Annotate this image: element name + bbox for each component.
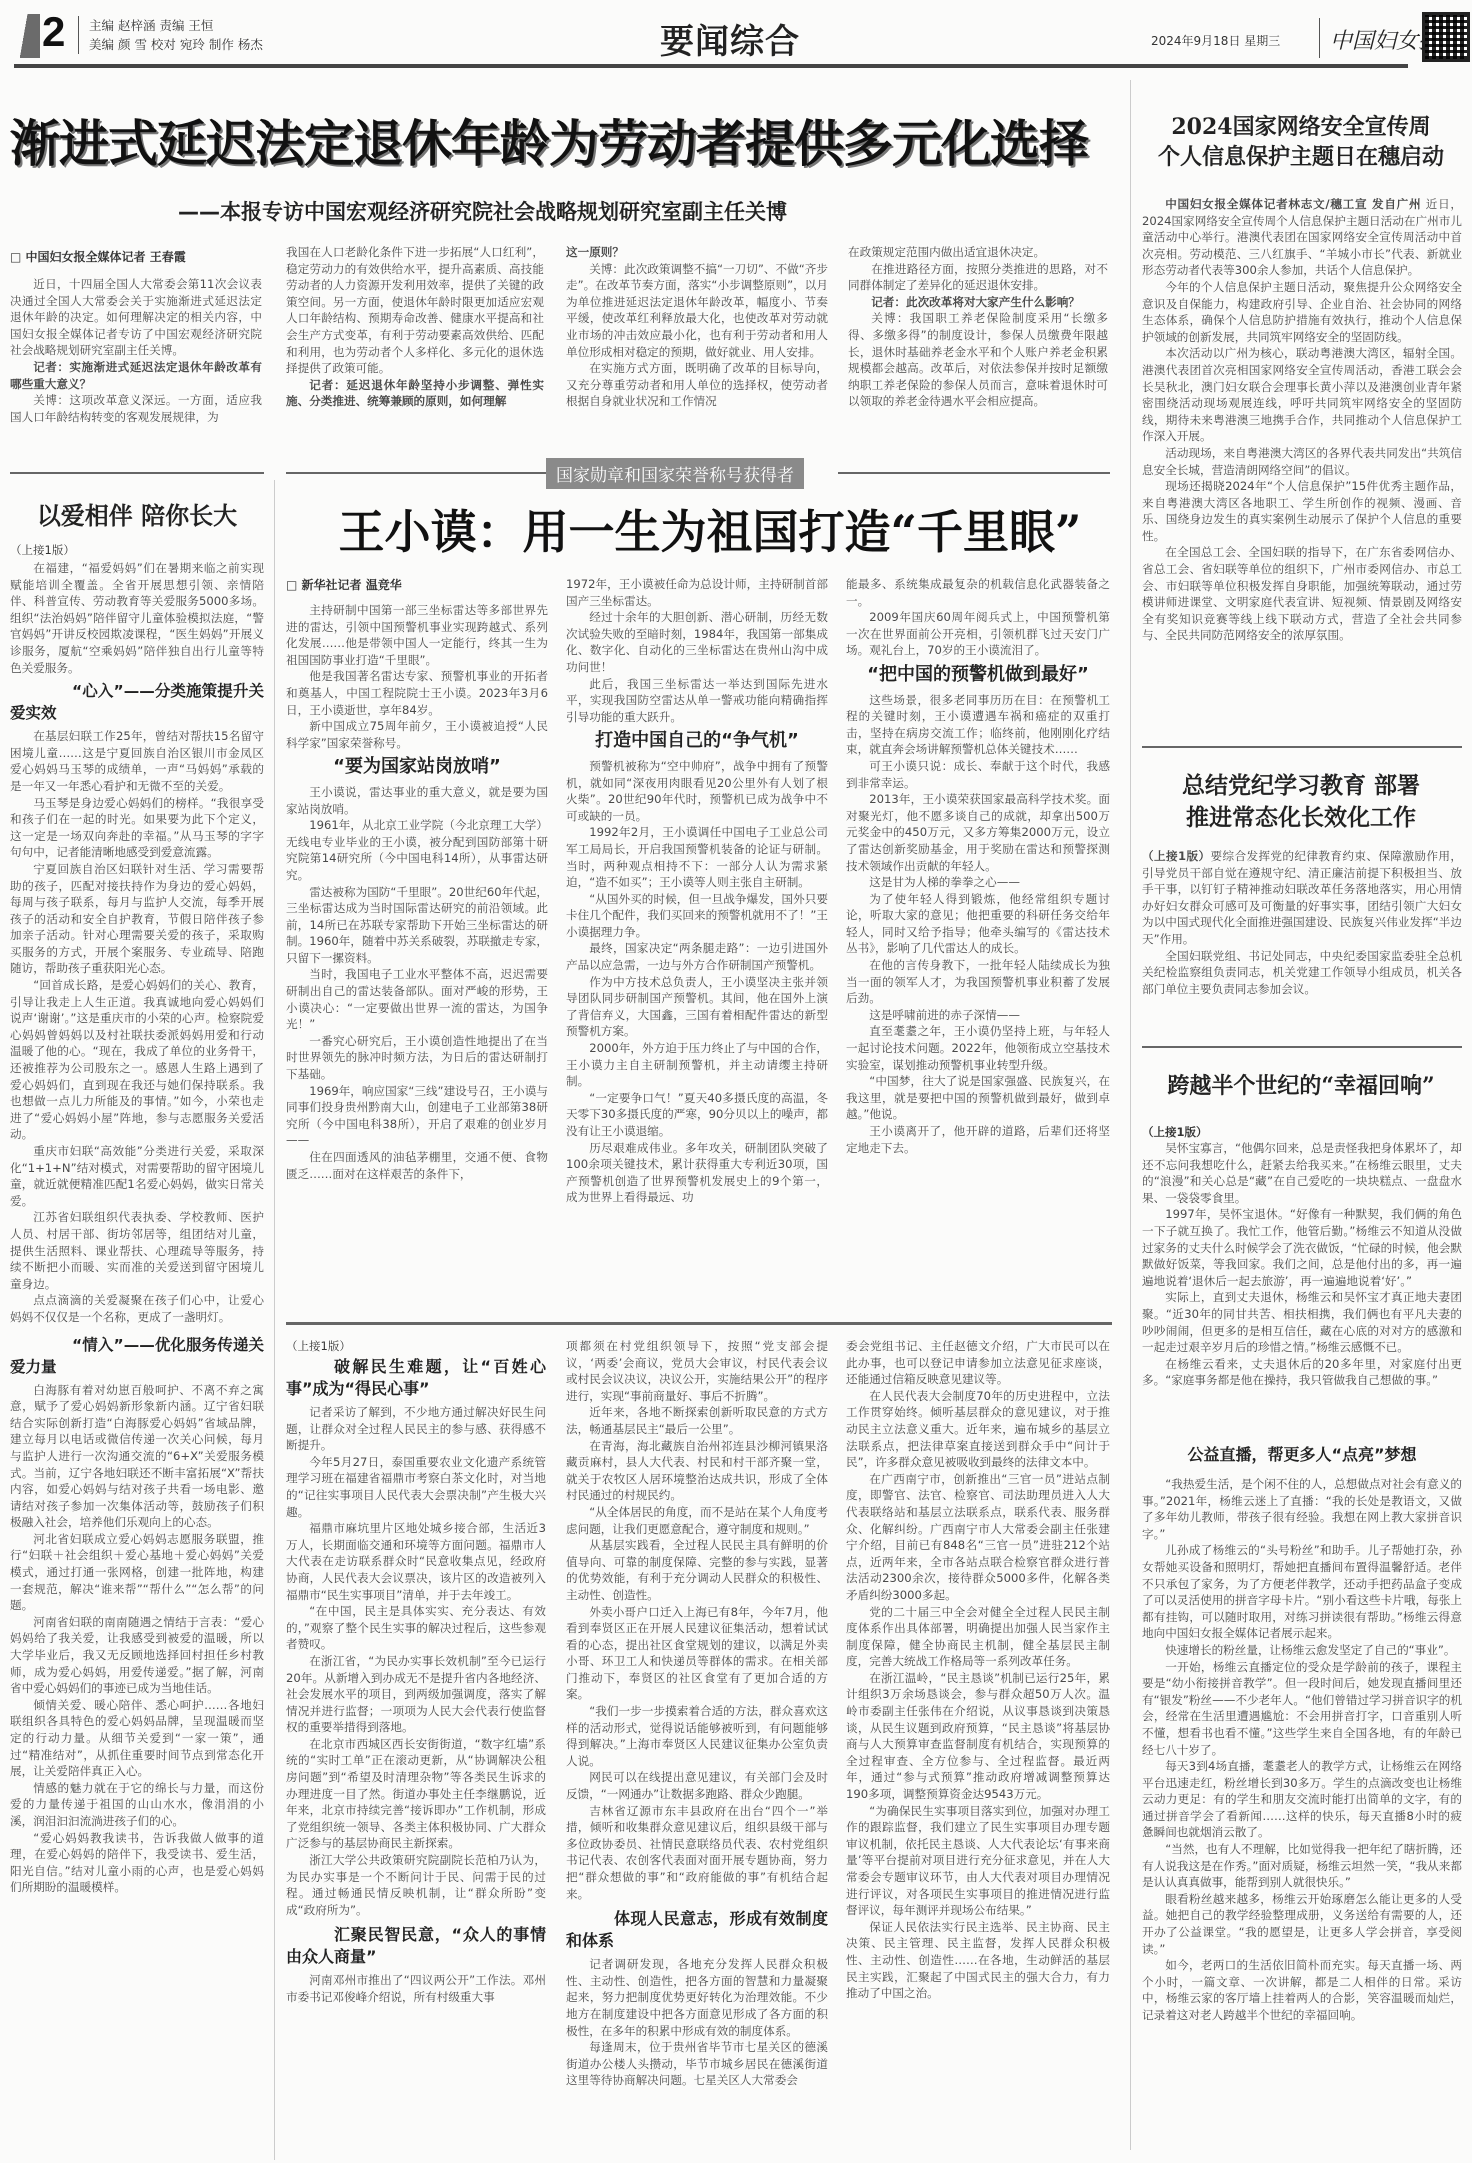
paragraph: 预警机被称为“空中帅府”，战争中拥有了预警机，就如同“深夜用肉眼看见20公里外有… (566, 758, 828, 824)
paragraph: 王小谟说，雷达事业的重大意义，就是要为国家站岗放哨。 (286, 784, 548, 817)
paragraph: 王小谟离开了，他开辟的道路，后辈们还将坚定地走下去。 (846, 1123, 1110, 1156)
lead-column-2: 我国在人口老龄化条件下进一步拓展“人口红利”，稳定劳动力的有效供给水平，提升高素… (286, 244, 544, 446)
headline-line: 推进常态化长效化工作 (1140, 802, 1462, 834)
paragraph: 儿孙成了杨维云的“头号粉丝”和助手。儿子帮她打杂，孙女帮她买设备和照明灯，帮她把… (1142, 1542, 1462, 1642)
paragraph: 在浙江温岭，“民主恳谈”机制已运行25年，累计组织3万余场恳谈会，参与群众超50… (846, 1670, 1110, 1803)
bottom-subhead-1: 破解民生难题，让“百姓心事”成为“得民心事” (286, 1356, 546, 1400)
right-bottom-body: 吴怀宝寡言，“他偶尔回来，总是责怪我把身体累坏了，却还不忘问我想吃什么，赶紧去给… (1142, 1140, 1462, 1430)
left-column-rule (10, 472, 264, 474)
lead-paragraph: 在推进路径方面，按照分类推进的思路，对不同群体制定了差异化的延迟退休安排。 (848, 261, 1108, 294)
feature-headline: 王小谟：用一生为祖国打造“千里眼” (300, 496, 1120, 562)
feature-subhead: “要为国家站岗放哨” (286, 759, 548, 776)
paragraph: 一番究心研究后，王小谟创造性地提出了在当时世界领先的脉冲时频方法，为日后的雷达研… (286, 1033, 548, 1083)
paragraph: （上接1版）要综合发挥党的纪律教育约束、保障激励作用，引导党员干部自觉在遵规守纪… (1142, 848, 1462, 948)
paragraph: 倾情关爱、暖心陪伴、悉心呵护……各地妇联组织各具特色的爱心妈妈品牌，呈现温暖而坚… (10, 1697, 264, 1780)
paragraph: 能最多、系统集成最复杂的机载信息化武器装备之一。 (846, 576, 1110, 609)
paragraph: 从基层实践看，全过程人民民主具有鲜明的价值导向、可靠的制度保障、完整的参与实践，… (566, 1537, 828, 1603)
lead-column-4: 在政策规定范围内做出适宜退休决定。 在推进路径方面，按照分类推进的思路，对不同群… (848, 244, 1108, 446)
paragraph: 每逢周末，位于贵州省毕节市七星关区的德溪街道办公楼人头攒动，毕节市城乡居民在德溪… (566, 2039, 828, 2089)
paragraph: 在人民代表大会制度70年的历史进程中，立法工作贯穿始终。倾听基层群众的意见建议，… (846, 1388, 1110, 1471)
continued-label: （上接1版） (286, 1338, 351, 1354)
right-section-rule (1142, 1046, 1462, 1048)
paragraph: “回首成长路，是爱心妈妈们的关心、教育，引导让我走上人生正道。我真诚地向爱心妈妈… (10, 977, 264, 1143)
paragraph: “中国梦，往大了说是国家强盛、民族复兴，在我这里，就是要把中国的预警机做到最好，… (846, 1073, 1110, 1123)
lead-paragraph: 在实施方式方面，既明确了改革的目标导向，又充分尊重劳动者和用人单位的选择权，使劳… (566, 360, 828, 410)
paragraph: 今年5月27日，泰国重要农业文化遗产系统管理学习班在福建省福鼎市考察白茶文化时，… (286, 1454, 546, 1520)
paragraph-text: 要综合发挥党的纪律教育约束、保障激励作用，引导党员干部自觉在遵规守纪、清正廉洁前… (1142, 849, 1462, 946)
paragraph: 马玉琴是身边爱心妈妈们的榜样。“我很享受和孩子们在一起的时光。如果要为此下个定义… (10, 795, 264, 861)
paragraph: 作为中方技术总负责人，王小谟坚决主张并领导团队同步研制国产预警机。其间，他在国外… (566, 974, 828, 1040)
paragraph: 1972年，王小谟被任命为总设计师，主持研制首部国产三坐标雷达。 (566, 576, 828, 609)
left-column-divider (274, 480, 275, 2160)
feature-column-3: 能最多、系统集成最复杂的机载信息化武器装备之一。 2009年国庆60周年阅兵式上… (846, 576, 1110, 1302)
lead-headline: 渐进式延迟法定退休年龄为劳动者提供多元化选择 (10, 104, 1130, 176)
paragraph: 宁夏回族自治区妇联针对生活、学习需要帮助的孩子，匹配对接扶持作为身边的爱心妈妈，… (10, 861, 264, 977)
bottom-section-rule (286, 1322, 1112, 1325)
left-subhead-1: “心入”——分类施策提升关爱实效 (10, 680, 264, 724)
continued-label: （上接1版） (1142, 849, 1210, 863)
paragraph: 经过十余年的大胆创新、潜心研制，历经无数次试验失败的至暗时刻，1984年，我国第… (566, 609, 828, 675)
paragraph: 眼看粉丝越来越多，杨维云开始琢磨怎么能让更多的人受益。她把自己的教学经验整理成册… (1142, 1891, 1462, 1957)
paragraph: 河南省妇联的南南随遇之情结于言表：“爱心妈妈给了我关爱，让我感受到被爱的温暖，所… (10, 1614, 264, 1697)
paragraph: “一定要争口气！”夏天40多摄氏度的高温，冬天零下30多摄氏度的严寒，90分贝以… (566, 1090, 828, 1140)
paragraph: 每天3到4场直播，耄耋老人的教学方式，让杨维云在网络平台迅速走红，粉丝增长到30… (1142, 1758, 1462, 1841)
right-mid-headline: 总结党纪学习教育 部署 推进常态化长效化工作 (1140, 770, 1462, 834)
paragraph: 他是我国著名雷达专家、预警机事业的开拓者和奠基人，中国工程院院士王小谟。2023… (286, 668, 548, 718)
paragraph: “我热爱生活，是个闲不住的人，总想做点对社会有意义的事。”2021年，杨维云迷上… (1142, 1476, 1462, 1542)
paragraph: 1969年，响应国家“三线”建设号召，王小谟与同事们投身贵州黔南大山，创建电子工… (286, 1083, 548, 1149)
right-top-byline-para: 中国妇女报全媒体记者林志文/穗工宣 发自广州 近日，2024国家网络安全宣传周个… (1142, 196, 1462, 279)
lead-column-1: 近日，十四届全国人大常委会第11次会议表决通过全国人大常委会关于实施渐进式延迟法… (10, 276, 262, 446)
bottom-column-1: 破解民生难题，让“百姓心事”成为“得民心事” 记者采访了解到，不少地方通过解决好… (286, 1354, 546, 2154)
lead-question: 记者：此次改革将对大家产生什么影响？ (848, 294, 1108, 311)
continued-label: （上接1版） (10, 542, 75, 558)
lead-paragraph: 关博：此次政策调整不搞“一刀切”、不做“齐步走”。在改革节奏方面，落实“小步调整… (566, 261, 828, 361)
paragraph: 委会党组书记、主任赵德文介绍，广大市民可以在此办事，也可以登记申请参加立法意见征… (846, 1338, 1110, 1388)
bottom-column-3: 委会党组书记、主任赵德文介绍，广大市民可以在此办事，也可以登记申请参加立法意见征… (846, 1338, 1110, 2154)
paragraph: 雷达被称为国防“千里眼”。20世纪60年代起，三坐标雷达成为当时国际雷达研究的前… (286, 884, 548, 967)
editor-credits: 主编 赵梓涵 责编 王恒 美编 颜 雪 校对 宛玲 制作 杨杰 (89, 16, 263, 54)
paragraph: 外卖小哥户口迁入上海已有8年，今年7月，他看到奉贤区正在开展人民建议征集活动，想… (566, 1604, 828, 1704)
paragraph: 在他的言传身教下，一批年轻人陆续成长为独当一面的领军人才，为我国预警机事业积蓄了… (846, 957, 1110, 1007)
paragraph: 最终，国家决定“两条腿走路”：一边引进国外产品以应急需，一边与外方合作研制国产预… (566, 940, 828, 973)
paragraph: 今年的个人信息保护主题日活动，聚焦提升公众网络安全意识及自保能力，构建政府引导、… (1142, 279, 1462, 345)
issue-date: 2024年9月18日 星期三 (1151, 32, 1280, 49)
paragraph: “在中国，民主是具体实实、充分表达、有效的，”观察了整个民生实事的解决过程后，这… (286, 1603, 546, 1653)
right-bottom-body-2: “我热爱生活，是个闲不住的人，总想做点对社会有意义的事。”2021年，杨维云迷上… (1142, 1476, 1462, 2156)
paragraph: 河南邓州市推出了“四议两公开”工作法。邓州市委书记邓俊峰介绍说，所有村级重大事 (286, 1972, 546, 2005)
lead-question: 记者：延迟退休年龄坚持小步调整、弹性实施、分类推进、统筹兼顾的原则，如何理解 (286, 377, 544, 410)
paragraph: 实际上，直到丈夫退休，杨维云和吴怀宝才真正地夫妻团聚。“近30年的同甘共苦、相扶… (1142, 1289, 1462, 1355)
paragraph: “从全体居民的角度，而不是站在某个人角度考虑问题，让我们更愿意配合，遵守制度和规… (566, 1504, 828, 1537)
paragraph: 新中国成立75周年前夕，王小谟被追授“人民科学家”国家荣誉称号。 (286, 718, 548, 751)
lead-column-3: 这一原则？ 关博：此次政策调整不搞“一刀切”、不做“齐步走”。在改革节奏方面，落… (566, 244, 828, 446)
left-subhead-2: “情入”——优化服务传递关爱力量 (10, 1334, 264, 1378)
paragraph: 点点滴滴的关爱凝聚在孩子们心中，让爱心妈妈不仅仅是一个名称，更成了一盏明灯。 (10, 1292, 264, 1325)
paragraph: 2009年国庆60周年阅兵式上，中国预警机第一次在世界面前公开亮相，引领机群飞过… (846, 609, 1110, 659)
lead-subheadline: ——本报专访中国宏观经济研究院社会战略规划研究室副主任关博 (178, 196, 787, 226)
headline-line: 2024国家网络安全宣传周 (1140, 112, 1462, 142)
paragraph: 在青海，海北藏族自治州祁连县沙柳河镇果洛藏贡麻村，县人大代表、村民和村干部齐聚一… (566, 1438, 828, 1504)
paragraph: 直至耄耋之年，王小谟仍坚持上班，与年轻人一起讨论技术问题。2022年，他领衔成立… (846, 1023, 1110, 1073)
paragraph: 吴怀宝寡言，“他偶尔回来，总是责怪我把身体累坏了，却还不忘问我想吃什么，赶紧去给… (1142, 1140, 1462, 1206)
masthead: 2 主编 赵梓涵 责编 王恒 美编 颜 雪 校对 宛玲 制作 杨杰 要闻综合 2… (14, 10, 1458, 62)
bottom-subhead-3: 体现人民意志，形成有效制度和体系 (566, 1908, 828, 1952)
feature-subhead: 打造中国自己的“争气机” (566, 733, 828, 750)
paragraph: 这是呼啸前进的赤子深情—— (846, 1007, 1110, 1024)
paragraph: 吉林省辽源市东丰县政府在出台“四个一”举措，倾听和收集群众意见建议后，组织县级干… (566, 1803, 828, 1903)
paragraph: 全国妇联党组、书记处同志，中央纪委国家监委驻全总机关纪检监察组负责同志，机关党建… (1142, 948, 1462, 998)
paragraph: 保证人民依法实行民主选举、民主协商、民主决策、民主管理、民主监督，发挥人民群众积… (846, 1919, 1110, 2002)
left-column-body: 在福建，“福爱妈妈”们在暑期来临之前实现赋能培训全覆盖。全省开展思想引领、亲情陪… (10, 560, 264, 2160)
right-mid-body: （上接1版）要综合发挥党的纪律教育约束、保障激励作用，引导党员干部自觉在遵规守纪… (1142, 848, 1462, 1038)
continued-label: （上接1版） (1142, 1124, 1208, 1140)
lead-byline: □ 中国妇女报全媒体记者 王春霞 (10, 248, 186, 265)
lead-paragraph: 近日，十四届全国人大常委会第11次会议表决通过全国人大常委会关于实施渐进式延迟法… (10, 276, 262, 359)
feature-category-label: 国家勋章和国家荣誉称号获得者 (546, 458, 804, 489)
paragraph: 浙江大学公共政策研究院副院长范柏乃认为，为民办实事是一个不断问计于民、问需于民的… (286, 1852, 546, 1918)
paragraph: 在浙江省，“为民办实事长效机制”至今已运行20年。从新增入到办成无不是提升省内各… (286, 1653, 546, 1736)
paragraph: 一开始，杨维云直播定位的受众是学龄前的孩子，课程主要是“幼小衔接拼音教学”。但一… (1142, 1659, 1462, 1759)
right-bottom-subhead: 公益直播，帮更多人“点亮”梦想 (1142, 1442, 1462, 1465)
paragraph: 快速增长的粉丝量，让杨维云愈发坚定了自己的“事业”。 (1142, 1642, 1462, 1659)
paragraph: 此后，我国三坐标雷达一举达到国际先进水平，实现我国防空雷达从单一警戒功能向精确指… (566, 676, 828, 726)
bottom-column-2: 项都须在村党组织领导下，按照“党支部会提议，‘两委’会商议，党员大会审议，村民代… (566, 1338, 828, 2154)
paragraph: 在北京市西城区西长安街街道，“数字红墙”系统的“实时工单”正在滚动更新，从“协调… (286, 1736, 546, 1852)
right-column-divider (1130, 80, 1131, 2150)
paragraph: 历尽艰难成伟业。多年攻关，研制团队突破了100余项关键技术，累计获得重大专利近3… (566, 1140, 828, 1206)
lead-question: 记者：实施渐进式延迟法定退休年龄改革有哪些重大意义？ (10, 359, 262, 392)
paragraph: 可王小谟只说：成长、奉献于这个时代，我感到非常幸运。 (846, 758, 1110, 791)
paragraph: 1961年，从北京工业学院（今北京理工大学）无线电专业毕业的王小谟，被分配到国防… (286, 817, 548, 883)
paragraph: 主持研制中国第一部三坐标雷达等多部世界先进的雷达，引领中国预警机事业实现跨越式、… (286, 602, 548, 668)
feature-column-2: 1972年，王小谟被任命为总设计师，主持研制首部国产三坐标雷达。 经过十余年的大… (566, 576, 828, 1302)
headline-line: 总结党纪学习教育 部署 (1140, 770, 1462, 802)
right-section-rule (1142, 746, 1462, 748)
paragraph: 在杨维云看来，丈夫退休后的20多年里，对家庭付出更多。“家庭事务都是他在操持，我… (1142, 1356, 1462, 1389)
paragraph: 这些场景，很多老同事历历在目：在预警机工程的关键时刻，王小谟遭遇车祸和癌症的双重… (846, 692, 1110, 758)
feature-rule-right (838, 472, 1110, 474)
paragraph: 本次活动以广州为核心，联动粤港澳大湾区，辐射全国。港澳代表团首次亮相国家网络安全… (1142, 345, 1462, 445)
paragraph: 白海豚有着对幼崽百般呵护、不离不弃之寓意，赋予了爱心妈妈新形象新内涵。辽宁省妇联… (10, 1382, 264, 1531)
paragraph: 项都须在村党组织领导下，按照“党支部会提议，‘两委’会商议，党员大会审议，村民代… (566, 1338, 828, 1404)
paragraph: 记者调研发现，各地充分发挥人民群众积极性、主动性、创造性，把各方面的智慧和力量凝… (566, 1956, 828, 2039)
paragraph: 当时，我国电子工业水平整体不高，迟迟需要研制出自己的雷达装备部队。面对严峻的形势… (286, 966, 548, 1032)
credits-line-2: 美编 颜 雪 校对 宛玲 制作 杨杰 (89, 35, 263, 54)
lead-paragraph: 这一原则？ (566, 244, 828, 261)
byline: 中国妇女报全媒体记者林志文/穗工宣 发自广州 (1165, 197, 1421, 211)
paragraph: 近年来，各地不断探索创新听取民意的方式方法，畅通基层民主“最后一公里”。 (566, 1404, 828, 1437)
right-top-body: 中国妇女报全媒体记者林志文/穗工宣 发自广州 近日，2024国家网络安全宣传周个… (1142, 196, 1462, 736)
paragraph: 在基层妇联工作25年，曾结对帮扶15名留守困境儿童……这是宁夏回族自治区银川市金… (10, 728, 264, 794)
paragraph: “当然，也有人不理解，比如觉得我一把年纪了瞎折腾，还有人说我这是在作秀。”面对质… (1142, 1841, 1462, 1891)
page-number-divider (78, 16, 79, 54)
paragraph: 活动现场，来自粤港澳大湾区的各界代表共同发出“共筑信息安全长城，营造清朗网络空间… (1142, 445, 1462, 478)
paragraph: 记者采访了解到，不少地方通过解决好民生问题，让群众对全过程人民民主的参与感、获得… (286, 1404, 546, 1454)
paragraph: 网民可以在线提出意见建议，有关部门会及时反馈，“一网通办”让数据多跑路、群众少跑… (566, 1769, 828, 1802)
paragraph: 党的二十届三中全会对健全全过程人民民主制度体系作出具体部署，明确提出加强人民当家… (846, 1604, 1110, 1670)
lead-paragraph: 关博：我国职工养老保险制度采用“长缴多得、多缴多得”的制度设计，参保人员缴费年限… (848, 310, 1108, 410)
paragraph: 情感的魅力就在于它的绵长与力量，而这份爱的力量传递于祖国的山山水水，像涓涓的小溪… (10, 1780, 264, 1830)
right-bottom-headline: 跨越半个世纪的“幸福回响” (1140, 1070, 1462, 1102)
paragraph: 福鼎市麻坑里片区地处城乡接合部，生活近3万人，长期面临交通和环境等方面问题。福鼎… (286, 1520, 546, 1603)
feature-column-1: 主持研制中国第一部三坐标雷达等多部世界先进的雷达，引领中国预警机事业实现跨越式、… (286, 602, 548, 1302)
lead-paragraph: 我国在人口老龄化条件下进一步拓展“人口红利”，稳定劳动力的有效供给水平，提升高素… (286, 244, 544, 377)
credits-line-1: 主编 赵梓涵 责编 王恒 (89, 16, 263, 35)
page-number: 2 (42, 8, 65, 56)
qr-code-icon (1422, 12, 1470, 62)
paragraph: 为了使年轻人得到锻炼，他经常组织专题讨论，听取大家的意见；他把重要的科研任务交给… (846, 891, 1110, 957)
paragraph: 2013年，王小谟荣获国家最高科学技术奖。面对聚光灯，他不愿多谈自己的成就，却拿… (846, 791, 1110, 874)
headline-line: 个人信息保护主题日在穗启动 (1140, 142, 1462, 172)
lead-paragraph: 在政策规定范围内做出适宜退休决定。 (848, 244, 1108, 261)
date-logo-divider (1319, 18, 1320, 58)
masthead-rule (14, 64, 1408, 68)
paragraph: “我们一步一步摸索着合适的方法，群众喜欢这样的活动形式，觉得说话能够被听到，有问… (566, 1703, 828, 1769)
left-column-headline: 以爱相伴 陪你长大 (10, 500, 264, 532)
paragraph: “为确保民生实事项目落实到位，加强对办理工作的跟踪监督，我们建立了民生实事项目办… (846, 1803, 1110, 1919)
feature-byline: □ 新华社记者 温竞华 (286, 576, 402, 593)
paragraph: 河北省妇联成立爱心妈妈志愿服务联盟，推行“妇联＋社会组织＋爱心基地＋爱心妈妈”关… (10, 1531, 264, 1614)
paragraph: 现场还揭晓2024年“个人信息保护”15件优秀主题作品，来自粤港澳大湾区各地职工… (1142, 478, 1462, 544)
paragraph: 在广西南宁市，创新推出“三官一员”进站点制度，即警官、法官、检察官、司法助理员进… (846, 1471, 1110, 1604)
paragraph: 在全国总工会、全国妇联的指导下，在广东省委网信办、省总工会、省妇联等单位的组织下… (1142, 544, 1462, 644)
bottom-subhead-2: 汇聚民智民意，“众人的事情由众人商量” (286, 1924, 546, 1968)
right-top-headline: 2024国家网络安全宣传周 个人信息保护主题日在穗启动 (1140, 112, 1462, 172)
paragraph: “爱心妈妈教我读书，告诉我做人做事的道理，在爱心妈妈的陪伴下，我受读书、爱生活，… (10, 1830, 264, 1896)
feature-subhead: “把中国的预警机做到最好” (846, 667, 1110, 684)
paragraph: “从国外买的时候，但一旦战争爆发，国外只要卡住几个配件，我们买回来的预警机就用不… (566, 891, 828, 941)
paragraph: 1997年，吴怀宝退休。“好像有一种默契，我们俩的角色一下子就互换了。我忙工作，… (1142, 1206, 1462, 1289)
paragraph: 住在四面透风的油毡茅棚里，交通不便、食物匮乏……面对在这样艰苦的条件下， (286, 1149, 548, 1182)
paragraph: 如今，老两口的生活依旧简朴而充实。每天直播一场、两个小时，一篇文章、一次讲解，都… (1142, 1957, 1462, 2023)
paragraph: 在福建，“福爱妈妈”们在暑期来临之前实现赋能培训全覆盖。全省开展思想引领、亲情陪… (10, 560, 264, 676)
paragraph: 2000年，外方迫于压力终止了与中国的合作，王小谟力主自主研制预警机，并主动请缨… (566, 1040, 828, 1090)
paragraph: 1992年2月，王小谟调任中国电子工业总公司军工局局长，开启我国预警机装备的论证… (566, 824, 828, 890)
paragraph: 这是甘为人梯的拳拳之心—— (846, 874, 1110, 891)
feature-rule-left (286, 472, 546, 474)
page-number-slash-decoration (14, 14, 40, 58)
paragraph: 江苏省妇联组织代表执委、学校教师、医护人员、村居干部、街坊邻居等，组团结对儿童，… (10, 1209, 264, 1292)
paragraph: 重庆市妇联“高效能”分类进行关爱，采取深化“1+1+N”结对模式，对需要帮助的留… (10, 1143, 264, 1209)
lead-paragraph: 关博：这项改革意义深远。一方面，适应我国人口年龄结构转变的客观发展规律，为 (10, 392, 262, 425)
section-title: 要闻综合 (660, 14, 800, 63)
